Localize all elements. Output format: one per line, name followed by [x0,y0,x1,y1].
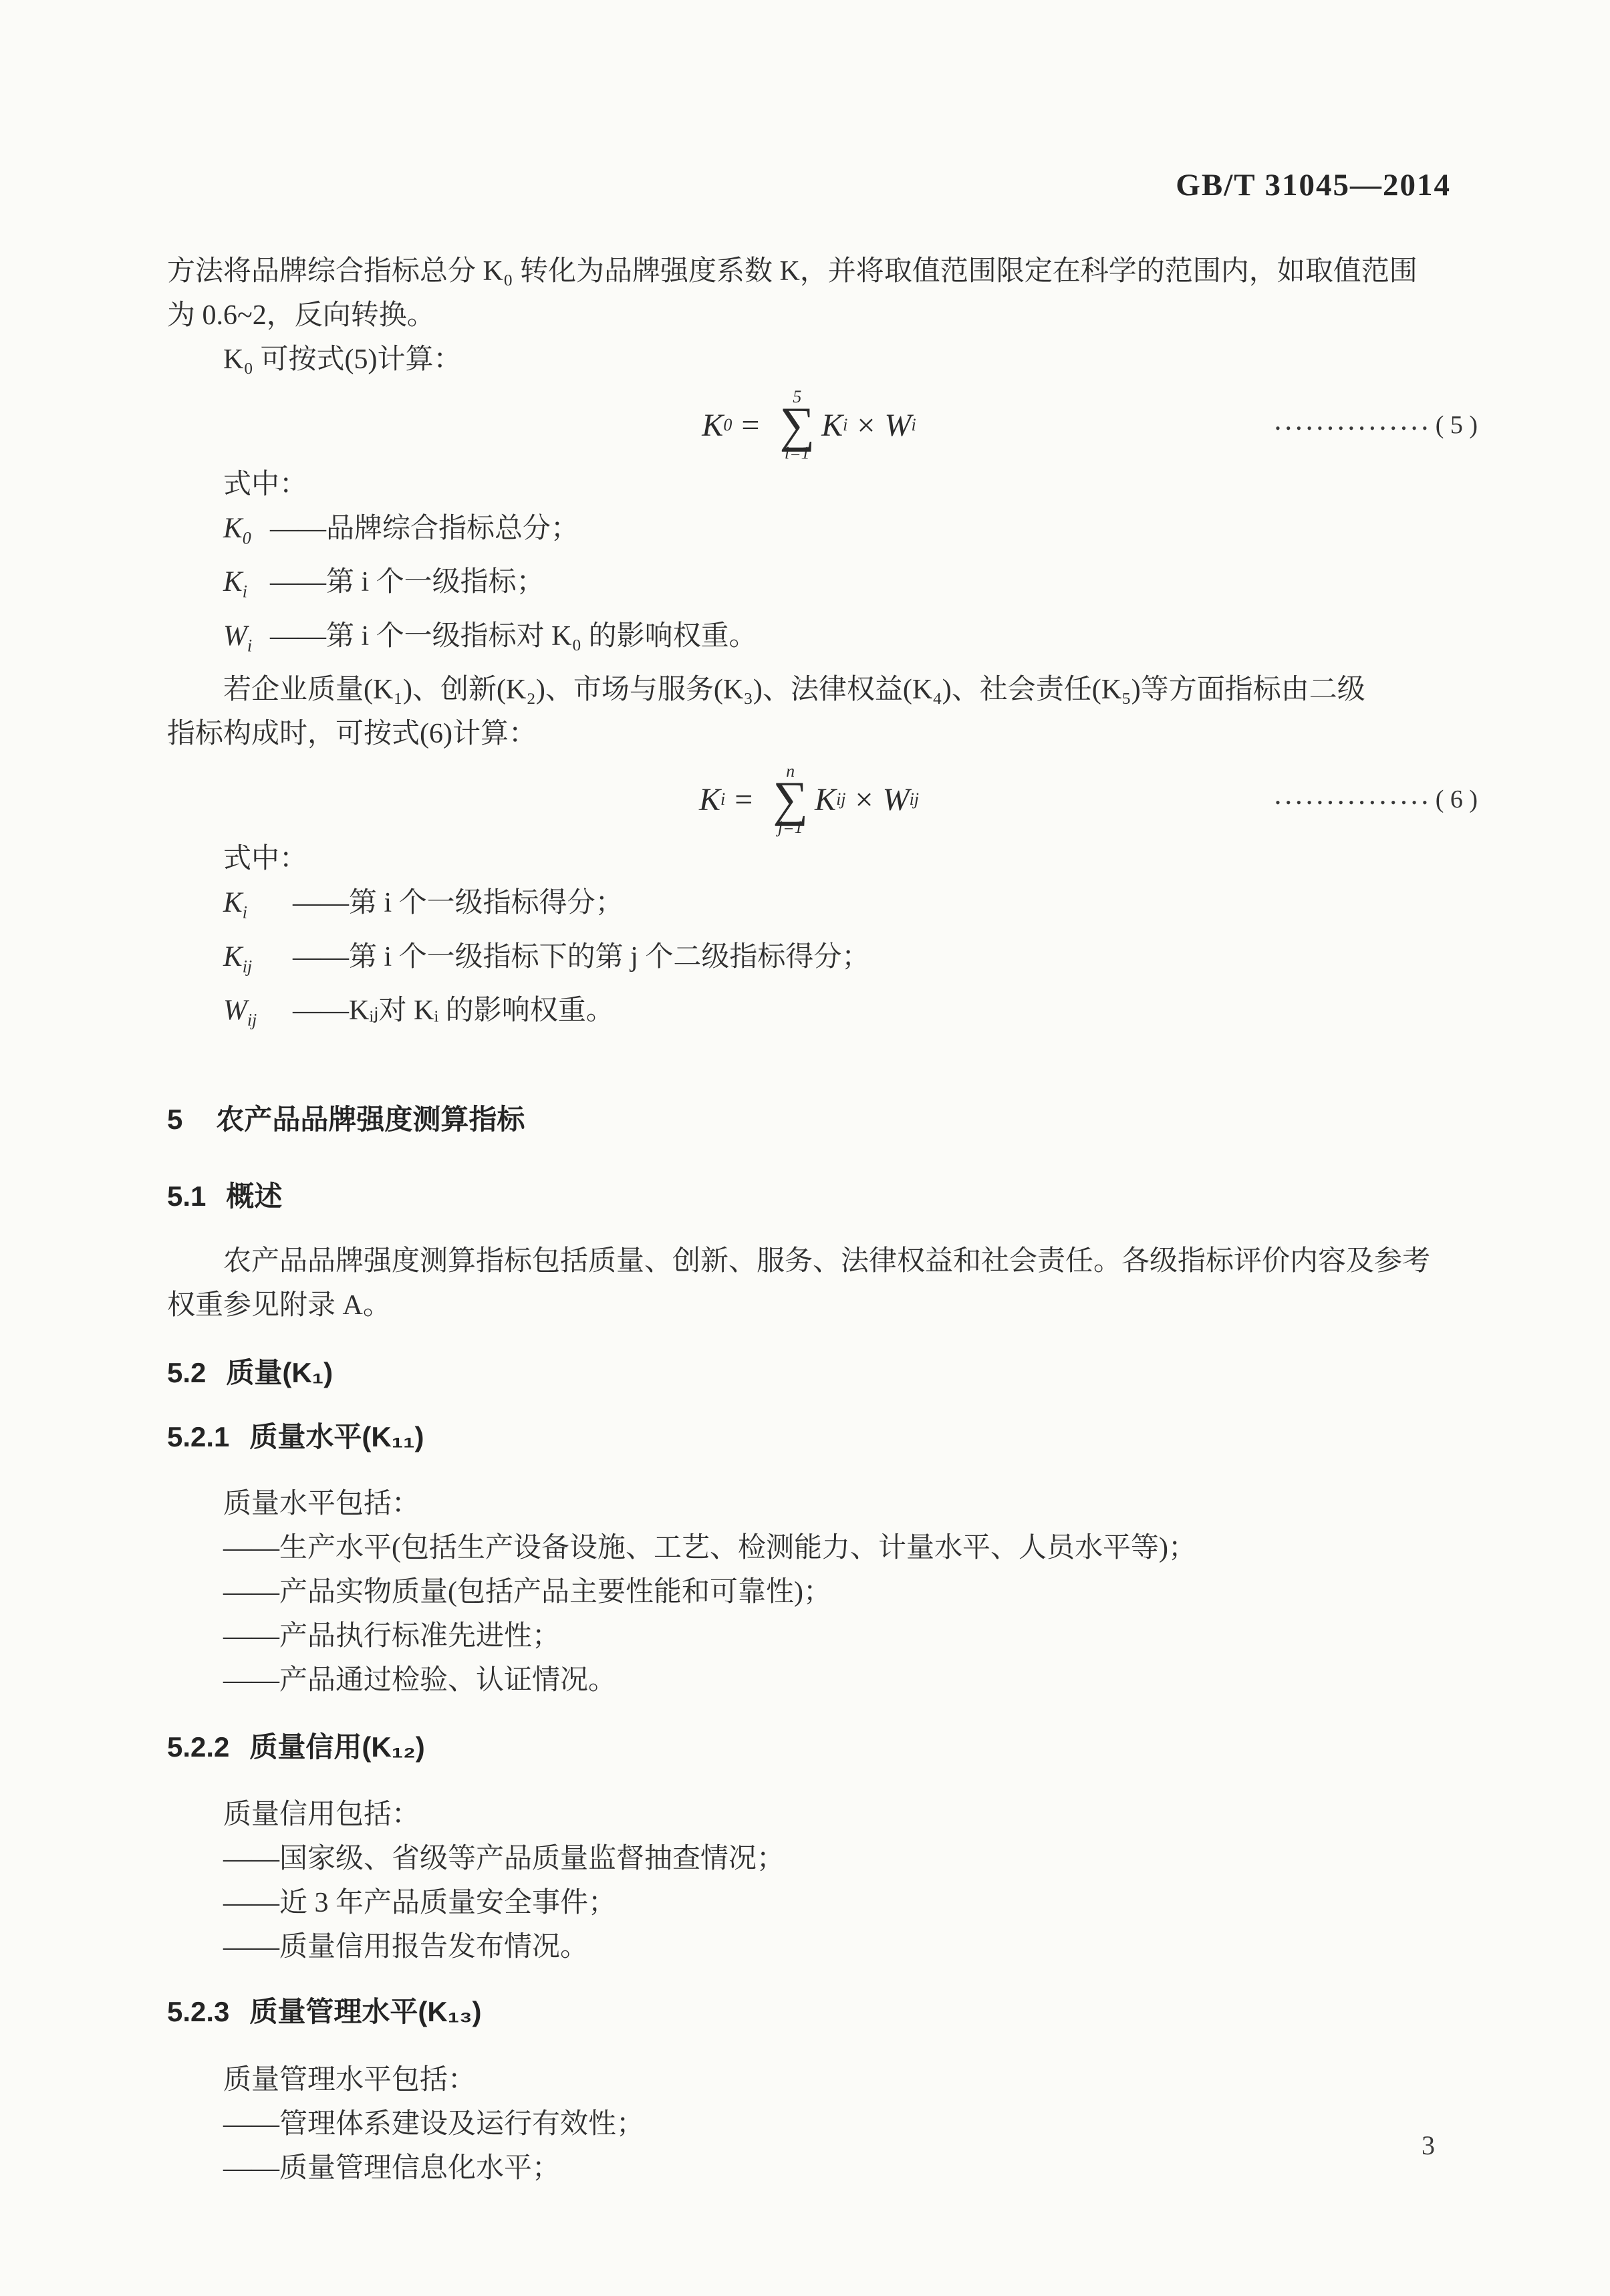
formula-6-number: ••••••••••••••• ( 6 ) [1275,785,1478,814]
paragraph-line: 指标构成时，可按式(6)计算： [167,712,1451,756]
section-number: 5.2.2 [167,1731,229,1763]
list-intro: 质量水平包括： [167,1482,1451,1526]
term-1: K [821,407,843,444]
formula-lhs: K [699,781,720,818]
where-label: 式中： [167,837,1451,881]
section-title: 质量管理水平(K₁₃) [249,1996,481,2027]
formula-lhs: K [702,407,723,444]
list-item: ——国家级、省级等产品质量监督抽查情况； [167,1837,1451,1881]
section-title: 质量水平(K₁₁) [249,1421,424,1452]
paragraph-line: 农产品品牌强度测算指标包括质量、创新、服务、法律权益和社会责任。各级指标评价内容… [167,1239,1451,1283]
list-item: ——质量信用报告发布情况。 [167,1925,1451,1969]
symbol-description: ——第 i 个一级指标得分； [293,888,624,918]
paragraph-line: 权重参见附录 A。 [167,1283,1451,1327]
term-2: W [884,407,911,444]
term-2: W [883,781,910,818]
list-item: ——生产水平(包括生产设备设施、工艺、检测能力、计量水平、人员水平等)； [167,1526,1451,1570]
symbol: Kij [223,935,293,989]
list-item: ——管理体系建设及运行有效性； [167,2102,1451,2146]
section-heading-5-2-2: 5.2.2质量信用(K₁₂) [167,1725,1451,1769]
list-5-2-2: ——国家级、省级等产品质量监督抽查情况； ——近 3 年产品质量安全事件； ——… [167,1837,1451,1969]
formula-5: K0 = 5 ∑ i=1 Ki × Wi ••••••••••••••• ( 5… [167,388,1451,463]
section-title: 农产品品牌强度测算指标 [216,1104,525,1135]
section-heading-5-2: 5.2质量(K₁) [167,1351,1451,1395]
formula-5-number: ••••••••••••••• ( 5 ) [1275,410,1478,440]
list-5-2-3: ——管理体系建设及运行有效性； ——质量管理信息化水平； [167,2102,1451,2190]
paragraph-line: 方法将品牌综合指标总分 K₀ 转化为品牌强度系数 K，并将取值范围限定在科学的范… [167,249,1451,293]
where-list-6: Ki——第 i 个一级指标得分； Kij——第 i 个一级指标下的第 j 个二级… [167,881,1451,1042]
equals-sign: = [734,781,753,818]
symbol-description: ——第 i 个一级指标； [270,567,545,598]
summation: 5 ∑ i=1 [779,388,815,462]
formula-number-label: ( 5 ) [1436,410,1478,440]
list-item: ——产品实物质量(包括产品主要性能和可靠性)； [167,1570,1451,1614]
term-1: K [815,781,836,818]
section-title: 质量(K₁) [226,1357,333,1388]
where-item: Wij——Kᵢⱼ对 Kᵢ 的影响权重。 [167,989,1451,1042]
section-heading-5-2-3: 5.2.3质量管理水平(K₁₃) [167,1990,1451,2034]
section-number: 5.2.1 [167,1421,229,1452]
formula-6-expression: Ki = n ∑ j=1 Kij × Wij [699,763,919,836]
page-number: 3 [1422,2130,1435,2161]
symbol-description: ——第 i 个一级指标对 K₀ 的影响权重。 [270,621,757,652]
summation: n ∑ j=1 [773,763,808,836]
sigma-icon: ∑ [773,780,808,819]
section-5-1-paragraph: 农产品品牌强度测算指标包括质量、创新、服务、法律权益和社会责任。各级指标评价内容… [167,1239,1451,1327]
list-item: ——近 3 年产品质量安全事件； [167,1881,1451,1925]
symbol-description: ——Kᵢⱼ对 Kᵢ 的影响权重。 [293,995,614,1026]
symbol: Wij [223,989,293,1042]
dot-leader: ••••••••••••••• [1275,420,1433,437]
symbol: K0 [223,507,270,560]
list-item: ——质量管理信息化水平； [167,2146,1451,2190]
where-item: Kij——第 i 个一级指标下的第 j 个二级指标得分； [167,935,1451,989]
section-title: 概述 [226,1180,282,1212]
list-intro: 质量管理水平包括： [167,2058,1451,2102]
formula-5-intro-line: K₀ 可按式(5)计算： [167,338,1451,382]
section-number: 5.2.3 [167,1996,229,2027]
where-label: 式中： [167,463,1451,507]
where-item: Ki——第 i 个一级指标得分； [167,881,1451,934]
section-number: 5.1 [167,1180,206,1212]
document-code-header: GB/T 31045—2014 [167,169,1451,201]
where-item: Wi——第 i 个一级指标对 K₀ 的影响权重。 [167,614,1451,668]
list-intro: 质量信用包括： [167,1793,1451,1837]
section-number: 5.2 [167,1357,206,1388]
symbol: Ki [223,560,270,614]
where-item: Ki——第 i 个一级指标； [167,560,1451,614]
list-item: ——产品执行标准先进性； [167,1614,1451,1658]
section-number: 5 [167,1104,182,1135]
symbol: Wi [223,614,270,668]
condition-paragraph: 若企业质量(K₁)、创新(K₂)、市场与服务(K₃)、法律权益(K₄)、社会责任… [167,668,1451,756]
symbol-description: ——第 i 个一级指标下的第 j 个二级指标得分； [293,942,869,973]
intro-paragraph: 方法将品牌综合指标总分 K₀ 转化为品牌强度系数 K，并将取值范围限定在科学的范… [167,249,1451,382]
sum-lower-limit: j=1 [778,819,803,836]
paragraph-line: 若企业质量(K₁)、创新(K₂)、市场与服务(K₃)、法律权益(K₄)、社会责任… [167,668,1451,712]
sigma-icon: ∑ [779,406,815,444]
paragraph-line: 为 0.6~2，反向转换。 [167,293,1451,338]
equals-sign: = [741,407,759,444]
list-5-2-1: ——生产水平(包括生产设备设施、工艺、检测能力、计量水平、人员水平等)； ——产… [167,1526,1451,1702]
dot-leader: ••••••••••••••• [1275,794,1433,811]
section-heading-5-1: 5.1概述 [167,1174,1451,1219]
list-item: ——产品通过检验、认证情况。 [167,1658,1451,1702]
section-heading-5: 5农产品品牌强度测算指标 [167,1098,1451,1142]
formula-6: Ki = n ∑ j=1 Kij × Wij ••••••••••••••• (… [167,762,1451,837]
formula-number-label: ( 6 ) [1436,785,1478,814]
where-list-5: K0——品牌综合指标总分； Ki——第 i 个一级指标； Wi——第 i 个一级… [167,507,1451,668]
where-item: K0——品牌综合指标总分； [167,507,1451,560]
symbol: Ki [223,881,293,934]
section-title: 质量信用(K₁₂) [249,1731,424,1763]
times-sign: × [855,781,874,818]
scanned-standard-page: GB/T 31045—2014 方法将品牌综合指标总分 K₀ 转化为品牌强度系数… [0,0,1610,2296]
formula-5-expression: K0 = 5 ∑ i=1 Ki × Wi [702,388,916,462]
symbol-description: ——品牌综合指标总分； [270,513,579,544]
section-heading-5-2-1: 5.2.1质量水平(K₁₁) [167,1415,1451,1459]
sum-lower-limit: i=1 [785,444,810,462]
times-sign: × [857,407,875,444]
page-content: GB/T 31045—2014 方法将品牌综合指标总分 K₀ 转化为品牌强度系数… [0,0,1610,2190]
